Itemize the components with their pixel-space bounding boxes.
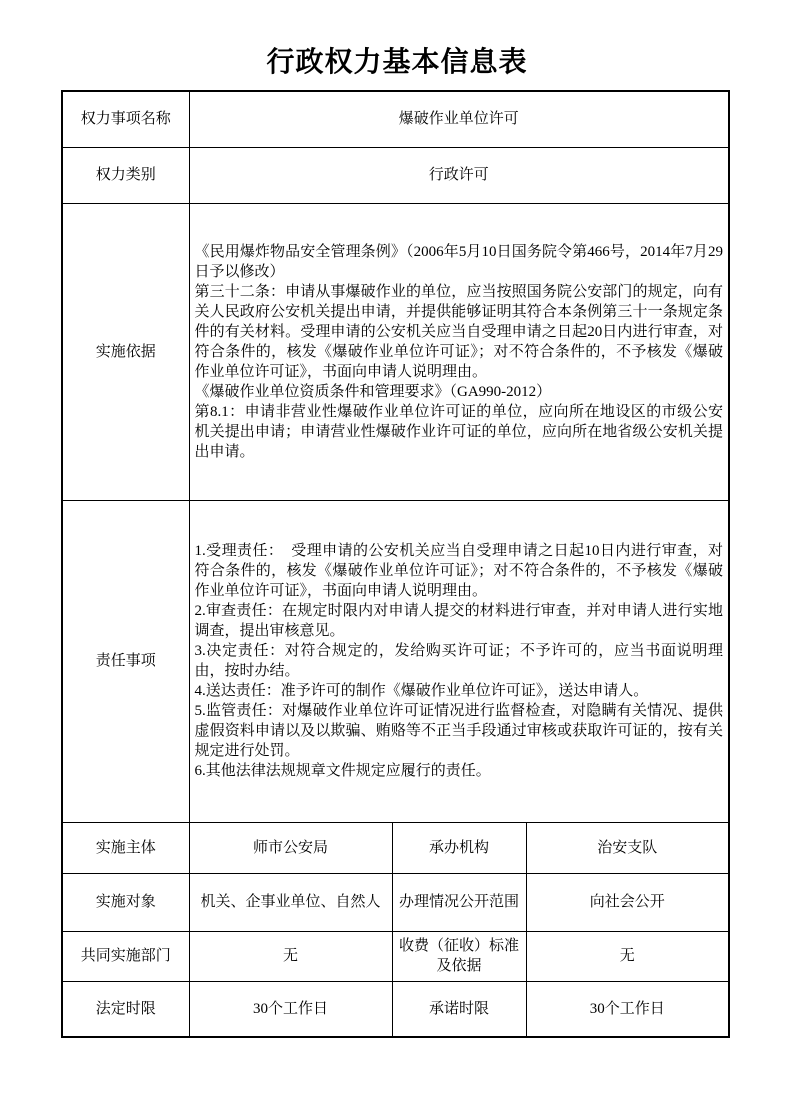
label-power-category: 权力类别 [62,147,189,203]
label-power-item-name: 权力事项名称 [62,91,189,147]
value-responsibility-items: 1.受理责任： 受理申请的公安机关应当自受理申请之日起10日内进行审查，对符合条… [189,500,729,822]
value-promised-time-limit: 30个工作日 [526,981,729,1037]
label-statutory-time-limit: 法定时限 [62,981,189,1037]
value-power-item-name: 爆破作业单位许可 [189,91,729,147]
label-implementation-basis: 实施依据 [62,203,189,500]
value-fee-standard-basis: 无 [526,931,729,981]
info-table: 权力事项名称 爆破作业单位许可 权力类别 行政许可 实施依据 《民用爆炸物品安全… [61,90,730,1038]
document-page: 行政权力基本信息表 权力事项名称 爆破作业单位许可 权力类别 行政许可 实施依据… [0,0,794,1108]
label-implementing-body: 实施主体 [62,822,189,873]
label-disclosure-scope: 办理情况公开范围 [392,873,526,931]
page-title: 行政权力基本信息表 [0,46,794,80]
label-undertaking-agency: 承办机构 [392,822,526,873]
value-implementation-basis: 《民用爆炸物品安全管理条例》（2006年5月10日国务院令第466号，2014年… [189,203,729,500]
table-row-statutory-time-limit: 法定时限 30个工作日 承诺时限 30个工作日 [62,981,729,1037]
value-implementing-body: 师市公安局 [189,822,392,873]
table-row-implementation-target: 实施对象 机关、企事业单位、自然人 办理情况公开范围 向社会公开 [62,873,729,931]
value-statutory-time-limit: 30个工作日 [189,981,392,1037]
value-undertaking-agency: 治安支队 [526,822,729,873]
table-row-joint-implementation-department: 共同实施部门 无 收费（征收）标准及依据 无 [62,931,729,981]
table-row-responsibility-items: 责任事项 1.受理责任： 受理申请的公安机关应当自受理申请之日起10日内进行审查… [62,500,729,822]
value-joint-implementation-department: 无 [189,931,392,981]
table-row-implementation-basis: 实施依据 《民用爆炸物品安全管理条例》（2006年5月10日国务院令第466号，… [62,203,729,500]
value-disclosure-scope: 向社会公开 [526,873,729,931]
label-responsibility-items: 责任事项 [62,500,189,822]
label-promised-time-limit: 承诺时限 [392,981,526,1037]
label-joint-implementation-department: 共同实施部门 [62,931,189,981]
value-implementation-target: 机关、企事业单位、自然人 [189,873,392,931]
label-implementation-target: 实施对象 [62,873,189,931]
value-power-category: 行政许可 [189,147,729,203]
table-row-power-category: 权力类别 行政许可 [62,147,729,203]
table-row-implementing-body: 实施主体 师市公安局 承办机构 治安支队 [62,822,729,873]
table-row-power-item-name: 权力事项名称 爆破作业单位许可 [62,91,729,147]
label-fee-standard-basis: 收费（征收）标准及依据 [392,931,526,981]
